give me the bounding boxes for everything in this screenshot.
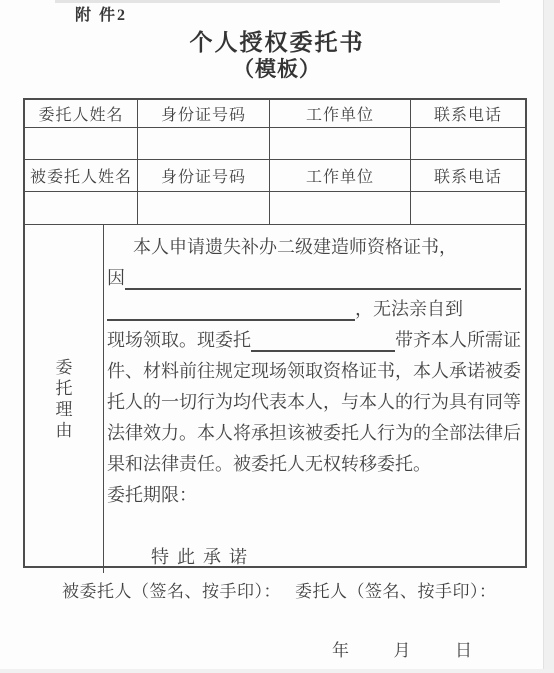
reason-line-1-text: 本人申请遗失补办二级建造师资格证书， — [133, 232, 457, 263]
reason-section: 委托理由 本人申请遗失补办二级建造师资格证书， 因 ，无法亲自到 现场领取。现委… — [25, 225, 525, 566]
reason-line-5: 件、材料前往规定现场领取资格证书，本人承诺被委 — [107, 356, 521, 387]
signature-row: 被委托人（签名、按手印）： 委托人（签名、按手印）： — [62, 577, 497, 602]
agent-signature-label: 被委托人（签名、按手印）： — [62, 577, 281, 602]
reason-body: 本人申请遗失补办二级建造师资格证书， 因 ，无法亲自到 现场领取。现委托 带齐本… — [104, 225, 539, 573]
reason-line-3-text: ，无法亲自到 — [355, 294, 463, 325]
document-subtitle: （模板） — [0, 53, 554, 83]
agent-name-value — [25, 192, 138, 225]
header-agent-id-number: 身份证号码 — [138, 160, 270, 192]
reason-line-2-text: 因 — [107, 263, 125, 294]
reason-line-8-text: 果和法律责任。被委托人无权转移委托。 — [107, 449, 431, 480]
reason-line-promise: 特此承诺 — [107, 542, 521, 573]
date-day-label: 日 — [455, 636, 472, 661]
reason-line-9: 委托期限： — [107, 480, 521, 511]
reason-line-3: ，无法亲自到 — [107, 294, 521, 325]
reason-line-2: 因 — [107, 263, 521, 294]
agent-phone-value — [411, 192, 525, 225]
authorization-table: 委托人姓名 身份证号码 工作单位 联系电话 被委托人姓名 身份证号码 工作单位 … — [23, 98, 527, 568]
reason-line-4-suffix: 带齐本人所需证 — [395, 325, 521, 356]
entrust-period-label: 委托期限： — [107, 480, 197, 511]
reason-line-8: 果和法律责任。被委托人无权转移委托。 — [107, 449, 521, 480]
header-phone: 联系电话 — [411, 100, 525, 128]
scan-artifact-right — [543, 0, 554, 673]
header-work-unit: 工作单位 — [270, 100, 411, 128]
reason-vertical-label: 委托理由 — [55, 357, 73, 441]
reason-side-cell: 委托理由 — [25, 225, 104, 573]
principal-signature-label: 委托人（签名、按手印）： — [295, 577, 497, 602]
header-principal-name: 委托人姓名 — [25, 100, 138, 128]
header-id-number: 身份证号码 — [138, 100, 270, 128]
blank-underline — [125, 264, 521, 290]
principal-id-value — [138, 128, 270, 160]
document-page: 附 件2 个人授权委托书 （模板） 委托人姓名 身份证号码 工作单位 联系电话 … — [0, 0, 554, 673]
reason-line-6: 托人的一切行为均代表本人，与本人的行为具有同等 — [107, 387, 521, 418]
header-agent-work-unit: 工作单位 — [270, 160, 411, 192]
promise-text: 特此承诺 — [151, 542, 255, 573]
principal-phone-value — [411, 128, 525, 160]
agent-id-value — [138, 192, 270, 225]
date-year-label: 年 — [332, 636, 349, 661]
header-agent-name: 被委托人姓名 — [25, 160, 138, 192]
reason-line-4-prefix: 现场领取。现委托 — [107, 325, 251, 356]
principal-unit-value — [270, 128, 411, 160]
principal-name-value — [25, 128, 138, 160]
reason-line-6-text: 托人的一切行为均代表本人，与本人的行为具有同等 — [107, 387, 521, 418]
info-table: 委托人姓名 身份证号码 工作单位 联系电话 被委托人姓名 身份证号码 工作单位 … — [25, 100, 525, 225]
reason-line-1: 本人申请遗失补办二级建造师资格证书， — [107, 232, 521, 263]
reason-line-7: 法律效力。本人将承担该被委托人行为的全部法律后 — [107, 418, 521, 449]
date-row: 年 月 日 — [332, 636, 472, 661]
header-agent-phone: 联系电话 — [411, 160, 525, 192]
reason-line-7-text: 法律效力。本人将承担该被委托人行为的全部法律后 — [107, 418, 521, 449]
agent-unit-value — [270, 192, 411, 225]
date-month-label: 月 — [394, 636, 411, 661]
blank-underline — [251, 326, 395, 352]
attachment-label: 附 件2 — [75, 2, 127, 25]
blank-underline — [107, 295, 355, 321]
reason-line-5-text: 件、材料前往规定现场领取资格证书，本人承诺被委 — [107, 356, 521, 387]
reason-line-4: 现场领取。现委托 带齐本人所需证 — [107, 325, 521, 356]
scan-artifact-bottom — [0, 669, 554, 673]
reason-line-blank — [107, 511, 521, 542]
